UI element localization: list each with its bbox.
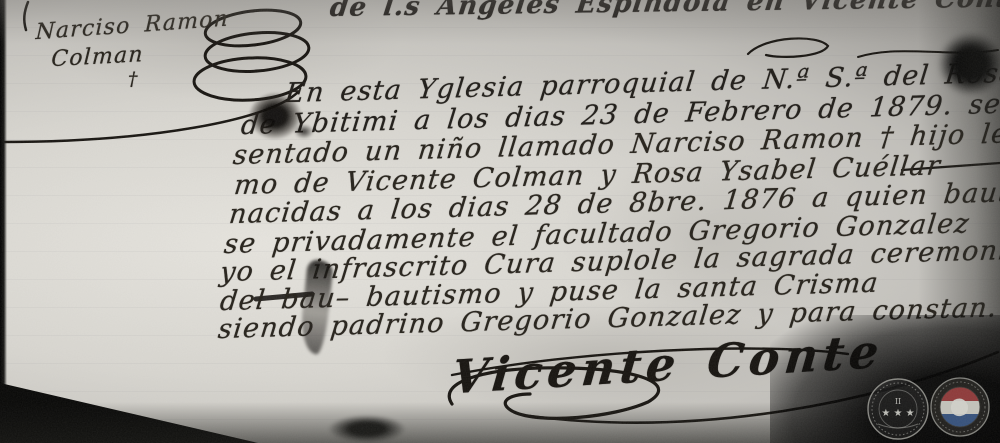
torn-corner-bottom-left — [0, 383, 258, 443]
margin-note-name-line1: Narciso Ramon — [35, 6, 229, 45]
seal-stars: ★ ★ ★ — [881, 408, 914, 419]
archive-watermark-seals: II ★ ★ ★ — [858, 370, 998, 443]
scanned-baptismal-record-page: Narciso Ramon Colman † de l.s Angeles Es… — [0, 0, 1000, 443]
previous-entry-tail: de l.s Angeles Espindola en Vicente Cont… — [328, 0, 1000, 23]
seal-numeral: II — [895, 397, 901, 406]
paraguay-flag-seal — [931, 378, 989, 436]
genealogical-society-seal: II ★ ★ ★ — [868, 379, 928, 439]
ink-blot — [328, 415, 406, 443]
margin-cross-mark: † — [128, 68, 138, 90]
page-left-edge — [0, 0, 7, 443]
